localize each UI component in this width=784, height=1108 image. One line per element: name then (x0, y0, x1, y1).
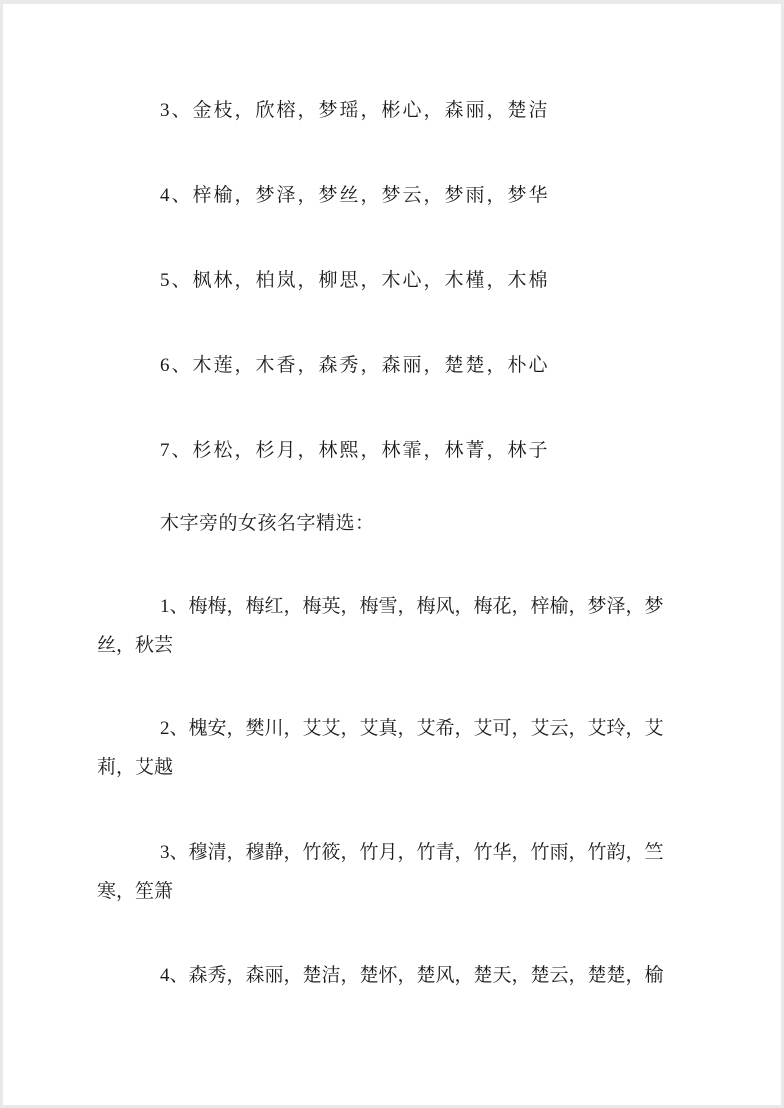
list-item-7: 7、杉松，杉月，林熙，林霏，林菁，林子 (97, 437, 717, 464)
selection-paragraph-3: 3、穆清，穆静，竹筱，竹月，竹青，竹华，竹雨，竹韵，竺 寒，笙箫 (97, 833, 717, 911)
document-viewport: 3、金枝，欣榕，梦瑶，彬心，森丽，楚洁 4、梓榆，梦泽，梦丝，梦云，梦雨，梦华 … (0, 0, 784, 1108)
list-item-3: 3、金枝，欣榕，梦瑶，彬心，森丽，楚洁 (97, 97, 717, 124)
selection-paragraph-1: 1、梅梅，梅红，梅英，梅雪，梅风，梅花，梓榆，梦泽，梦 丝，秋芸 (97, 587, 717, 665)
section-heading: 木字旁的女孩名字精选： (97, 510, 717, 537)
selection-paragraph-4: 4、森秀，森丽，楚洁，楚怀，楚风，楚天，楚云，楚楚，榆 (97, 956, 717, 995)
document-page: 3、金枝，欣榕，梦瑶，彬心，森丽，楚洁 4、梓榆，梦泽，梦丝，梦云，梦雨，梦华 … (3, 4, 781, 1105)
list-item-6: 6、木莲，木香，森秀，森丽，楚楚，朴心 (97, 352, 717, 379)
list-item-5: 5、枫林，柏岚，柳思，木心，木槿，木棉 (97, 267, 717, 294)
selection-paragraph-2: 2、槐安，樊川，艾艾，艾真，艾希，艾可，艾云，艾玲，艾 莉，艾越 (97, 709, 717, 787)
list-item-4: 4、梓榆，梦泽，梦丝，梦云，梦雨，梦华 (97, 182, 717, 209)
